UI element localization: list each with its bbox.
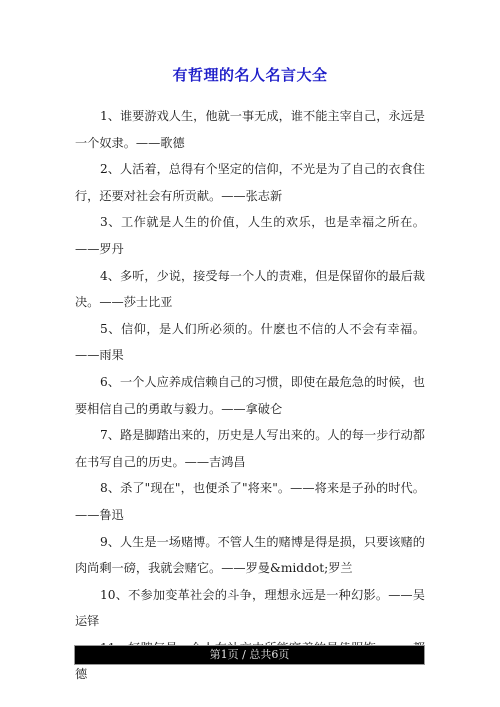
quote-item: 6、一个人应养成信赖自己的习惯，即使在最危急的时候，也要相信自己的勇敢与毅力。—… (75, 369, 425, 422)
quote-item: 9、人生是一场赌博。不管人生的赌博是得是损，只要该赌的肉尚剩一磅，我就会赌它。—… (75, 529, 425, 582)
quote-item: 2、人活着，总得有个坚定的信仰，不光是为了自己的衣食住行，还要对社会有所贡献。—… (75, 156, 425, 209)
page-indicator-bar: 第1页 / 总共6页 (74, 645, 425, 665)
page-indicator: 第1页 / 总共6页 (210, 648, 290, 661)
quote-item: 5、信仰，是人们所必须的。什麽也不信的人不会有幸福。——雨果 (75, 316, 425, 369)
quote-item: 4、多听，少说，接受每一个人的责难，但是保留你的最后裁决。——莎士比亚 (75, 263, 425, 316)
document-title: 有哲理的名人名言大全 (0, 64, 500, 85)
quote-item: 10、不参加变革社会的斗争，理想永远是一种幻影。——吴运铎 (75, 582, 425, 635)
quote-list: 1、谁要游戏人生，他就一事无成，谁不能主宰自己，永远是一个奴隶。——歌德 2、人… (75, 103, 425, 688)
quote-item: 8、杀了"现在"，也便杀了"将来"。——将来是子孙的时代。——鲁迅 (75, 475, 425, 528)
quote-item: 7、路是脚踏出来的，历史是人写出来的。人的每一步行动都在书写自己的历史。——吉鸿… (75, 422, 425, 475)
quote-item: 1、谁要游戏人生，他就一事无成，谁不能主宰自己，永远是一个奴隶。——歌德 (75, 103, 425, 156)
quote-item: 3、工作就是人生的价值，人生的欢乐，也是幸福之所在。——罗丹 (75, 209, 425, 262)
